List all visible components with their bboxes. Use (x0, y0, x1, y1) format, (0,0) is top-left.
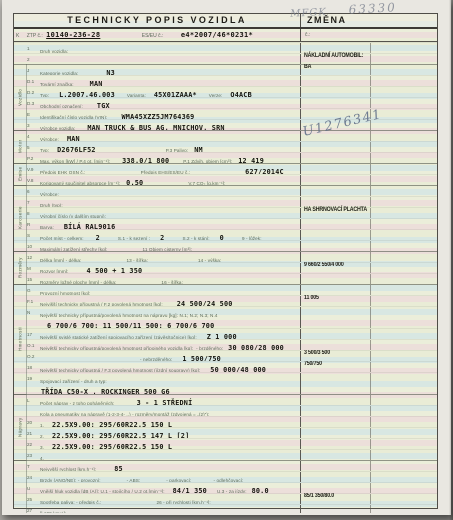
zmena-value: BA (304, 64, 311, 70)
field-label: Výrobce: (40, 192, 59, 196)
row-id: O.2 (27, 351, 40, 361)
field-value: 22.5X9.00; 295/60R22.5 150 L (52, 421, 172, 427)
row-id: P.2 (27, 153, 40, 163)
row-id: O.1 (27, 340, 40, 350)
field-value: MAN TRUCK & BUS AG, MNICHOV, SRN (87, 124, 224, 130)
field-label: - parkovací: (166, 478, 191, 482)
row-id: T (27, 461, 40, 471)
field-value: 6 700/6 700; 11 500/11 500; 6 700/6 700 (47, 322, 214, 328)
paper-sheet: MFGK63330 TECHNICKY POPIS VOZIDLA ZMĚNA … (2, 0, 451, 515)
zmena-value-cell: NÁKLADNÍ AUTOMOBIL: (300, 43, 370, 53)
field-label: Předpis EHK OSN č.: (40, 170, 86, 174)
field-value: Z 1 000 (207, 333, 237, 339)
row-main-cell: 15Rozměry ložné plochy [mm] - délka:16 -… (14, 274, 300, 284)
form-row: MRozvor [mm]:4 500 + 1 350 (14, 262, 437, 273)
field-label: - odlehčovací: (213, 478, 243, 482)
row-main-cell: 6Výrobce: (14, 186, 300, 196)
row-main-cell: 223.22.5X9.00; 295/60R22.5 150 L (14, 439, 300, 449)
field-label: 26 - při rychlosti [km.h⁻¹]: (156, 500, 210, 504)
row-main-cell: GProvozní hmotnost [kg]: (14, 285, 300, 295)
row-main-cell: TNejvyšší rychlost [km.h⁻¹]:85 (14, 461, 300, 471)
zmena-secondary-cell (370, 296, 437, 306)
field-label: Výrobní číslo (v dalším stupni): (40, 214, 106, 218)
field-label: Rozvor [mm]: (40, 269, 69, 273)
ztp-label: ZTP č.: (27, 33, 43, 39)
zmena-value-cell (300, 98, 370, 108)
zmena-secondary-cell (370, 263, 437, 273)
row-id: 15 (27, 274, 40, 284)
row-main-cell: D.3Obchodní označení:TGX (14, 98, 300, 108)
zmena-value-cell (300, 439, 370, 449)
field-value: 45X01ZAAA* (154, 91, 197, 97)
field-label: Vnější hluk vozidla [dB (A)]: U.1 - stoj… (40, 489, 165, 493)
row-id: 5 (27, 142, 40, 152)
zmena-c-label: č.: (305, 32, 310, 38)
field-label: S.1 - k sezení : (118, 236, 150, 240)
row-id: F.1 (27, 296, 40, 306)
form-row: UVnější hluk vozidla [dB (A)]: U.1 - sto… (14, 482, 437, 493)
zmena-value: HA SHRNOVACÍ PLACHTA (304, 207, 367, 213)
row-main-cell: V.8Korigovaný součinitel absorpce [m⁻¹]:… (14, 175, 300, 185)
field-label: P.3 Palivo: (166, 148, 188, 152)
field-label: Typ: (40, 93, 49, 97)
zmena-secondary-cell (370, 54, 437, 64)
field-value: 50 000/48 000 (210, 366, 266, 372)
ztp-main: K ZTP č.: 10140-236-28 ES/EU č.: e4*2007… (14, 29, 300, 41)
row-main-cell: SPočet míst - celkem:2S.1 - k sezení :2S… (14, 230, 300, 240)
zmena-value-cell (300, 395, 370, 405)
row-main-cell: UVnější hluk vozidla [dB (A)]: U.1 - sto… (14, 483, 300, 493)
zmena-value-cell (300, 406, 370, 416)
row-main-cell: P.2Max. výkon [kW] / P.4 ot. [min⁻¹]:338… (14, 153, 300, 163)
row-id: 2 (27, 54, 40, 64)
row-main-cell: LPočet náprav - z toho poháněných:3 - 1 … (14, 395, 300, 405)
row-id: U (27, 483, 40, 493)
field-value: 338.0/1 800 (122, 157, 169, 163)
row-id: R (27, 219, 40, 229)
form-row: D.3Obchodní označení:TGX (14, 97, 437, 108)
field-value: MAN (90, 80, 103, 86)
row-id: M (27, 263, 40, 273)
zmena-secondary-cell (370, 285, 437, 295)
zmena-value-cell (300, 241, 370, 251)
zmena-value-cell (300, 219, 370, 229)
zmena-secondary-cell (370, 87, 437, 97)
field-label: Verze: (209, 93, 223, 97)
zmena-secondary-cell (370, 395, 437, 405)
form-row: Kola a pneumatiky na nápravě (1-2-3-4- .… (14, 405, 437, 416)
field-label: Spotřeba paliva: - předpis č.: (40, 500, 101, 504)
form-row: 234. (14, 449, 437, 460)
field-label: Typ: (40, 148, 49, 152)
field-label: Max. výkon [kW] / P.4 ot. [min⁻¹]: (40, 159, 110, 163)
field-value: 2 (160, 234, 164, 240)
row-main-cell: 24Brzdy (ANO/NE): - provozní:- ABS:- par… (14, 472, 300, 482)
field-label: U.3 - za jízdy: (217, 489, 247, 493)
row-main-cell: 3Výrobce vozidla:MAN TRUCK & BUS AG, MNI… (14, 120, 300, 130)
zmena-secondary-cell (370, 76, 437, 86)
row-id: V.9 (27, 164, 40, 174)
field-label: 11 Objem cisterny [m³]: (143, 247, 192, 251)
form-row: GProvozní hmotnost [kg]:11 005 (14, 284, 437, 295)
zmena-value-cell (300, 373, 370, 394)
row-main-cell: 2 (14, 54, 300, 64)
zmena-secondary-cell (370, 472, 437, 482)
field-label: Kategorie vozidla: (40, 71, 78, 75)
row-id: 7 (27, 197, 40, 207)
zmena-value-cell (300, 153, 370, 163)
section-rail: VozidloMotorEmiseKaroserieRozměryHmotnos… (14, 42, 26, 513)
zmena-value-cell (300, 329, 370, 339)
zmena-value: 750/750 (304, 361, 322, 367)
field-label: Největší svislé statické zatížení spojov… (40, 335, 197, 339)
zmena-secondary-cell (370, 43, 437, 53)
form-row: P.2Max. výkon [kW] / P.4 ot. [min⁻¹]:338… (14, 152, 437, 163)
form-row: 4Výrobce:MAN (14, 130, 437, 141)
field-value: 4 500 + 1 350 (87, 267, 143, 273)
zmena-secondary-cell (370, 494, 437, 504)
zmena-secondary-cell (370, 362, 437, 372)
row-main-cell: 17Největší svislé statické zatížení spoj… (14, 329, 300, 339)
field-label: Počet míst - celkem: (40, 236, 84, 240)
zmena-value-cell: 11 005 (300, 285, 370, 295)
zmena-secondary-cell (370, 483, 437, 493)
zmena-value-cell (300, 186, 370, 196)
ztp-row: K ZTP č.: 10140-236-28 ES/EU č.: e4*2007… (14, 29, 437, 42)
field-label: Druh vozidla: (40, 49, 68, 53)
field-label: Varianta: (127, 93, 146, 97)
zmena-secondary-cell (370, 153, 437, 163)
field-label: Největší technicky přípustná/povolená hm… (40, 346, 193, 350)
form-row: 7Druh (typ):HA SHRNOVACÍ PLACHTA (14, 196, 437, 207)
zmena-value-cell: HA SHRNOVACÍ PLACHTA (300, 197, 370, 207)
field-value: NM (194, 146, 203, 152)
row-main-cell: 18Největší technicky přípustná / F.3 pov… (14, 362, 300, 372)
field-value: 1 500/750 (182, 355, 221, 361)
section-label-emise: Emise (14, 163, 26, 186)
row-id: 25 (27, 494, 40, 504)
zmena-secondary-cell (370, 274, 437, 284)
zmena-value-cell (300, 472, 370, 482)
field-label: Nejvišší technicky přípustná / F.2 povol… (40, 302, 163, 306)
form-row: LPočet náprav - z toho poháněných:3 - 1 … (14, 394, 437, 405)
row-main-cell: 5Typ:D2676LF52P.3 Palivo:NM (14, 142, 300, 152)
row-id: D.3 (27, 98, 40, 108)
row-main-cell: 1Druh vozidla: (14, 43, 300, 53)
field-label: Obchodní označení: (40, 104, 83, 108)
field-value: MAN (67, 135, 80, 141)
row-id: D.1 (27, 76, 40, 86)
field-label: 16 - šířka: (161, 280, 183, 284)
field-label: 1. (40, 423, 44, 427)
field-value: WMA45XZZ5JM764369 (121, 113, 194, 119)
zmena-secondary-cell (370, 340, 437, 350)
row-id: D.2 (27, 87, 40, 97)
field-value: 12 419 (238, 157, 264, 163)
row-main-cell: NNejvětší technicky přípustná/povolená h… (14, 307, 300, 328)
zmena-value-cell (300, 175, 370, 185)
zmena-value-cell (300, 76, 370, 86)
zmena-secondary-cell (370, 351, 437, 361)
zmena-value-cell (300, 428, 370, 438)
zmena-value-cell (300, 461, 370, 471)
field-label: V.7 CO₂ [g.km⁻¹]: (188, 181, 225, 185)
field-label: Brzdy (ANO/NE): - provozní: (40, 478, 101, 482)
zmena-value: 9 660/2 550/4 000 (304, 262, 344, 268)
field-label: - nebrzděného: (140, 357, 172, 361)
form-row: O.2- nebrzděného:1 500/750750/750 (14, 350, 437, 361)
row-id: 24 (27, 472, 40, 482)
form-row: 27[l.100 km⁻¹]: (14, 504, 437, 513)
zmena-secondary-cell (370, 230, 437, 240)
zmena-secondary-cell (370, 329, 437, 339)
row-main-cell: EIdentifikační číslo vozidla (VIN):WMA45… (14, 109, 300, 119)
zmena-value: NÁKLADNÍ AUTOMOBIL: (304, 53, 363, 59)
field-value: TGX (97, 102, 110, 108)
field-label: Maximální zatížení střechy [kg]: (40, 247, 108, 251)
zmena-value-cell (300, 417, 370, 427)
row-id: N (27, 307, 40, 318)
form-row: 223.22.5X9.00; 295/60R22.5 150 L (14, 438, 437, 449)
zmena-value-cell (300, 307, 370, 328)
row-id: 22 (27, 439, 40, 449)
row-id: V.8 (27, 175, 40, 185)
form-row: V.9Předpis EHK OSN č.:Předpis EHS/ES/EU … (14, 163, 437, 174)
form-row: F.1Nejvišší technicky přípustná / F.2 po… (14, 295, 437, 306)
field-value: 0.50 (126, 179, 143, 185)
handwritten-scribble: MFGK (290, 7, 327, 20)
zmena-secondary-cell (370, 450, 437, 460)
form-row: O.1Největší technicky přípustná/povolená… (14, 339, 437, 350)
section-label-rozměry: Rozměry (14, 251, 26, 285)
row-main-cell: 27[l.100 km⁻¹]: (14, 505, 300, 513)
row-id: J (27, 65, 40, 75)
field-label: Výrobce vozidla: (40, 126, 75, 130)
section-label-karoserie: Karoserie (14, 185, 26, 252)
scanned-photo: MFGK63330 TECHNICKY POPIS VOZIDLA ZMĚNA … (0, 0, 453, 520)
row-id: 1 (27, 43, 40, 53)
field-label: Počet náprav - z toho poháněných: (40, 401, 115, 405)
field-label: 3. (40, 445, 44, 449)
form-row: JKategorie vozidla:N3 (14, 64, 437, 75)
field-value: 24 500/24 500 (177, 300, 233, 306)
field-label: Nejvyšší rychlost [km.h⁻¹]: (40, 467, 96, 471)
field-value: 30 080/28 000 (228, 344, 284, 350)
row-main-cell: 212.22.5X9.00; 295/60R22.5 147 L [2] (14, 428, 300, 438)
row-id: 8 (27, 208, 40, 218)
field-label: P.1 Zdvih. objem [cm³]: (183, 159, 232, 163)
row-id: E (27, 109, 40, 119)
row-main-cell: D.2Typ:L.2007.46.003Varianta:45X01ZAAA*V… (14, 87, 300, 97)
zmena-value-cell (300, 87, 370, 97)
field-value: 80.0 (252, 487, 269, 493)
form-row: 18Největší technicky přípustná / F.3 pov… (14, 361, 437, 372)
row-main-cell: 201.22.5X9.00; 295/60R22.5 150 L (14, 417, 300, 427)
field-value: 22.5X9.00; 295/60R22.5 150 L (52, 443, 172, 449)
form-row: 1Druh vozidla:NÁKLADNÍ AUTOMOBIL: (14, 42, 437, 53)
section-label-motor: Motor (14, 130, 26, 164)
field-label: Největší technicky přípustná / F.3 povol… (40, 368, 200, 372)
field-label: Předpis EHS/ES/EU č.: (141, 170, 191, 174)
field-label: - brzděného: (196, 346, 223, 350)
row-main-cell: 8Výrobní číslo (v dalším stupni): (14, 208, 300, 218)
form-row: SPočet míst - celkem:2S.1 - k sezení :2S… (14, 229, 437, 240)
zmena-secondary-cell (370, 65, 437, 75)
row-id: 23 (27, 450, 40, 460)
zmena-secondary-cell (370, 428, 437, 438)
zmena-secondary-cell (370, 197, 437, 207)
field-label: 2. (40, 434, 44, 438)
zmena-secondary-cell (370, 131, 437, 141)
row-main-cell: Kola a pneumatiky na nápravě (1-2-3-4- .… (14, 406, 300, 416)
row-main-cell: D.1Tovární značka:MAN (14, 76, 300, 86)
form-title: TECHNICKY POPIS VOZIDLA (14, 14, 300, 27)
row-main-cell: 4Výrobce:MAN (14, 131, 300, 141)
row-main-cell: JKategorie vozidla:N3 (14, 65, 300, 75)
zmena-value: 11 005 (304, 295, 319, 301)
row-id: 27 (27, 505, 40, 513)
field-label: [l.100 km⁻¹]: (40, 511, 66, 513)
zmena-secondary-cell (370, 406, 437, 416)
form-row: D.2Typ:L.2007.46.003Varianta:45X01ZAAA*V… (14, 86, 437, 97)
form-row: 8Výrobní číslo (v dalším stupni): (14, 207, 437, 218)
form-row: 25Spotřeba paliva: - předpis č.:26 - při… (14, 493, 437, 504)
zmena-value-cell: 9 660/2 550/4 000 (300, 252, 370, 262)
row-id: 17 (27, 329, 40, 339)
zmena-secondary-cell (370, 417, 437, 427)
field-label: Barva: (40, 225, 54, 229)
row-id: 6 (27, 186, 40, 196)
zmena-secondary-cell (370, 505, 437, 513)
field-label: Identifikační číslo vozidla (VIN): (40, 115, 107, 119)
field-label: Rozměry ložné plochy [mm] - délka: (40, 280, 116, 284)
k-label: K (16, 33, 19, 39)
field-value: Q4ACB (230, 91, 251, 97)
field-value: 3 - 1 STŘEDNÍ (137, 399, 193, 405)
field-value: TŘÍDA C50-X , ROCKINGER 500 G6 (41, 388, 170, 394)
zmena-value: 3 500/3 500 (304, 350, 330, 356)
row-main-cell: 7Druh (typ): (14, 197, 300, 207)
row-id: 4 (27, 131, 40, 141)
form-row: TNejvyšší rychlost [km.h⁻¹]:85 (14, 460, 437, 471)
field-label: 9 - lůžek: (242, 236, 262, 240)
form-row: 5Typ:D2676LF52P.3 Palivo:NM (14, 141, 437, 152)
row-id: L (27, 395, 40, 405)
row-id: 3 (27, 120, 40, 130)
field-value: 627/2014C (245, 168, 284, 174)
field-value: 22.5X9.00; 295/60R22.5 147 L [2] (52, 432, 189, 438)
zmena-secondary-cell (370, 461, 437, 471)
form-row: V.8Korigovaný součinitel absorpce [m⁻¹]:… (14, 174, 437, 185)
zmena-secondary-cell (370, 164, 437, 174)
zmena-value-cell: 85/1 350/80.0 (300, 483, 370, 493)
form-row: 2BA (14, 53, 437, 64)
form-row: NNejvětší technicky přípustná/povolená h… (14, 306, 437, 328)
zmena-value-cell (300, 450, 370, 460)
section-label-nápravy: Nápravy (14, 394, 26, 461)
row-main-cell: V.9Předpis EHK OSN č.:Předpis EHS/ES/EU … (14, 164, 300, 174)
zmena-secondary-cell (370, 208, 437, 218)
field-label: Druh (typ): (40, 203, 63, 207)
row-id: 10 (27, 241, 40, 251)
zmena-secondary-cell (370, 142, 437, 152)
field-label: 4. (40, 456, 44, 460)
row-id: 12 (27, 252, 40, 262)
row-main-cell: 19Spojovací zařízení - druh a typ:TŘÍDA … (14, 373, 300, 394)
ztp-number: 10140-236-28 (46, 31, 100, 39)
field-label: Tovární značka: (40, 82, 74, 86)
zmena-value: 85/1 350/80.0 (304, 493, 334, 499)
form-row: 12Délka [mm] - délka:13 - šířka:14 - výš… (14, 251, 437, 262)
form-row: 201.22.5X9.00; 295/60R22.5 150 L (14, 416, 437, 427)
zmena-value-cell (300, 164, 370, 174)
row-id: S (27, 230, 40, 240)
photo-edge-shadow (449, 0, 453, 520)
field-label: Provozní hmotnost [kg]: (40, 291, 91, 295)
section-label-hmotnosti: Hmotnosti (14, 284, 26, 395)
row-main-cell: 12Délka [mm] - délka:13 - šířka:14 - výš… (14, 252, 300, 262)
field-value: BÍLÁ RAL9016 (64, 223, 116, 229)
zmena-value-cell (300, 230, 370, 240)
row-main-cell: MRozvor [mm]:4 500 + 1 350 (14, 263, 300, 273)
form-row: 10Maximální zatížení střechy [kg]:11 Obj… (14, 240, 437, 251)
form-row: 15Rozměry ložné plochy [mm] - délka:16 -… (14, 273, 437, 284)
field-value: 2 (96, 234, 100, 240)
section-label-vozidlo: Vozidlo (14, 64, 26, 131)
zmena-secondary-cell (370, 252, 437, 262)
form-row: 19Spojovací zařízení - druh a typ:TŘÍDA … (14, 372, 437, 394)
zmena-secondary-cell (370, 186, 437, 196)
row-id: 21 (27, 428, 40, 438)
zmena-secondary-cell (370, 439, 437, 449)
row-id: 20 (27, 417, 40, 427)
row-main-cell: 234. (14, 450, 300, 460)
handwritten-number: 63330 (348, 0, 397, 17)
form-row: 6Výrobce: (14, 185, 437, 196)
field-value: 85 (114, 465, 123, 471)
field-value: 84/1 350 (173, 487, 207, 493)
field-value: L.2007.46.003 (59, 91, 115, 97)
field-label: Korigovaný součinitel absorpce [m⁻¹]: (40, 181, 120, 185)
field-label: Kola a pneumatiky na nápravě (1-2-3-4- .… (40, 412, 209, 416)
zmena-c-cell: č.: (300, 29, 437, 41)
zmena-secondary-cell (370, 175, 437, 185)
row-id: 19 (27, 373, 40, 384)
zmena-value-cell: 3 500/3 500 (300, 340, 370, 350)
field-value: 0 (220, 234, 224, 240)
zmena-value-cell (300, 274, 370, 284)
zmena-secondary-cell (370, 219, 437, 229)
field-value: N3 (106, 69, 115, 75)
row-main-cell: O.1Největší technicky přípustná/povolená… (14, 340, 300, 350)
field-label: S.2 - k stání: (182, 236, 209, 240)
field-label: Délka [mm] - délka: (40, 258, 81, 262)
field-label: Výrobce: (40, 137, 59, 141)
form-row: RBarva:BÍLÁ RAL9016 (14, 218, 437, 229)
row-main-cell: 10Maximální zatížení střechy [kg]:11 Obj… (14, 241, 300, 251)
zmena-secondary-cell (370, 307, 437, 328)
zmena-value-cell (300, 505, 370, 513)
es-eu-label: ES/EU č.: (142, 33, 164, 39)
zmena-secondary-cell (370, 241, 437, 251)
field-label: 13 - šířka: (126, 258, 148, 262)
row-main-cell: F.1Nejvišší technicky přípustná / F.2 po… (14, 296, 300, 306)
zmena-secondary-cell (370, 373, 437, 394)
row-id: G (27, 285, 40, 295)
field-label: 14 - výška: (198, 258, 221, 262)
row-main-cell: RBarva:BÍLÁ RAL9016 (14, 219, 300, 229)
form-row: 212.22.5X9.00; 295/60R22.5 147 L [2] (14, 427, 437, 438)
